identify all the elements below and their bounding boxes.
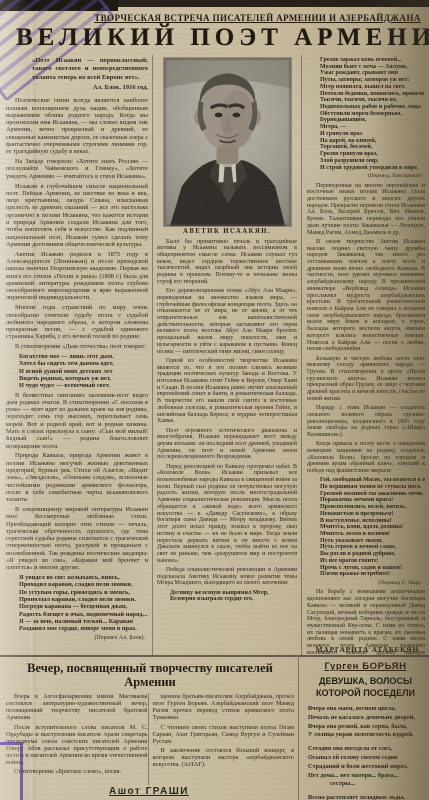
verse-line: И строй трудовой утвердили в мире. [320,165,425,172]
kicker-headline: ТВОРЧЕСКАЯ ВСТРЕЧА ПИСАТЕЛЕЙ АРМЕНИИ И А… [92,13,423,23]
verse-line: Я увидел во сне: колыхаясь, виясь, [19,574,148,581]
verse-line: Племя вражье истребите! [320,571,425,578]
verse-line: Преисполнились волей, витязь, [320,504,425,511]
verse-line: Грозно заржал конь огневой... [320,57,425,64]
verse-line: Торгашей, богачей, [320,144,425,151]
poem-article: Гурген БОРЬЯН ДЕВУШКА, ВОЛОСЫ КОТОРОЙ ПО… [298,655,429,800]
verse-line: И грянули враз [320,131,425,138]
body-paragraph: Поэт огромного эстетического диапазона и… [157,428,297,462]
poem-line: Печаль не касалась девичьих дверей, [308,714,426,723]
main-headline: ВЕЛИКИЙ ПОЭТ АРМЕНИИ [0,24,429,52]
verse-line: По вершинам твоим не ступала нога. [320,484,425,491]
poem-stanza: Вчера она маем, весною цвела,Печаль не к… [305,705,426,740]
body-paragraph: Многие годы странствий по миру очень сво… [6,304,148,340]
event-byline: Ашот ГРАШИ [0,786,298,797]
verse-line: Мчитесь, кони, вдоль долины! [320,524,425,531]
verse-line: Богатство мое — лишь этот дым. [19,353,148,360]
poem-line: Страданий и боли жестокий мороз, [308,763,426,772]
event-heading: Вечер, посвященный творчеству писателей … [16,661,284,689]
event-article: Вечер, посвященный творчеству писателей … [0,655,298,800]
verse-line: Видеть родных, которых уж нет, [19,375,148,382]
event-paragraph: С чтением своих стихов выступили поэты Г… [153,724,295,745]
body-paragraph: Наряду с этим Исаакян — создатель сильно… [307,405,425,439]
verse-block-caravan: Я увидел во сне: колыхаясь, виясь,Проход… [19,574,148,632]
event-column-right: щенное братьям-писателям Азербайджана, п… [148,693,295,785]
verse-line: Злой разрушили мир, [320,158,425,165]
verse-line: Бурнодышащим, [320,117,425,124]
poem-line: У солнца украв золотистость кудрей. [308,731,426,740]
verse-block-fire: Грозно заржал конь огневой...Молнии бьют… [320,57,425,171]
verse-line: Потекли бедняки, появились, пришли [320,91,425,98]
portrait-illustration [164,58,291,226]
column-middle: АВЕТИК ИСААКЯН. Было бы примитивно печал… [152,55,301,655]
poem-title: ДЕВУШКА, ВОЛОСЫ КОТОРОЙ ПОСЕДЕЛИ [308,676,423,700]
article-byline: МАРГАРИТА АТАБЕКЯН [316,646,419,654]
event-paragraph: Вчера в Азгосфилармонии имени Магомаева … [6,693,148,722]
verse-line: Ужас рождают, срывают они [320,70,425,77]
poem-line: Сегодня она поседела от слез, [308,745,426,754]
event-paragraph: После вступительного слова писателя М. С… [6,724,148,767]
body-paragraph: В безвестных скитаниях паломник-поэт вид… [6,392,148,450]
verse-line: Грозно грянули враз, [320,151,425,158]
verse-line: Мгер появился, вышел на свет. [320,84,425,91]
stamp-frame-corner [0,742,23,800]
verse-line: Радость блещет в очах, подвенечный наряд… [19,611,148,618]
verse-attribution: (Перевод С. Мар). [307,580,422,586]
verse-line: По уступам горы, громоздясь и змеясь, [19,589,148,596]
event-paragraph: В заключение состоялся большой концерт, … [153,747,295,768]
verse-line: Мчитесь лесом и полями! [320,531,425,538]
verse-block-masis: Гей, свободный Масис, ты вознесся в ночи… [320,477,425,578]
verse-block-smoke: Богатство мое — лишь этот дым.Хотел бы с… [19,353,148,389]
verse-line: Проходил караван, сладко пели звонки, [19,581,148,588]
body-paragraph: Поэтические гении всегда являются наибол… [6,97,148,155]
verse-line: Хотел бы сидеть тем дымом одет, [19,360,148,367]
verse-line: Из нее врагов гоните: [320,558,425,565]
poem-line: Вчера она маем, весною цвела, [308,705,426,714]
event-columns: Вчера в Азгосфилармонии имени Магомаева … [6,693,294,785]
epigraph-text: «Поэт Исаакян — первоклассный; такого св… [32,57,148,82]
bottom-sections: Вечер, посвященный творчеству писателей … [0,655,429,800]
verse-line: Десницу железную выпрямил Мгер, [170,590,297,597]
body-paragraph: В сокровищницу мировой литературы Исаакя… [6,506,148,572]
body-paragraph: Природа Кавказа, природа Армении живет в… [6,452,148,503]
verse-line: Раздавил мое сердце, поверг меня в прах. [19,625,148,632]
poem-stanza: Весна растопляет холодные льды, [305,794,426,800]
event-column-left: Вчера в Азгосфилармонии имени Магомаева … [6,693,148,785]
verse-attribution: (Перевод Лансиревой) [307,173,422,179]
verse-line: Подневольных рабов и рабочих люда [320,104,425,111]
verse-block-mher: Десницу железную выпрямил Мгер,Безмерно … [170,590,297,603]
body-paragraph: Победа социалистической революции в Арме… [157,567,297,587]
verse-line: Вы росли в родной дубраве, [320,551,425,558]
verse-line: Молнии бьют с меча — Аялуни, [320,64,425,71]
verse-line: И ясной душой моих детских лет [19,368,148,375]
photo-caption: АВЕТИК ИСААКЯН. [157,228,297,236]
poem-line: Вчера она резвой, как серна, была, [308,723,426,732]
article-columns: «Поэт Исаакян — первоклассный; такого св… [6,55,425,655]
poem-line: сестры... [308,780,426,789]
verse-line: Обступили морем безмерным, [320,111,425,118]
body-paragraph: В стихотворении «Дым отечества» поэт гов… [6,343,148,350]
verse-line: Путы, затворы; затворов уж нет: [320,77,425,84]
poem-stanza: Сегодня она поседела от слез,Осыпал ей г… [305,745,426,789]
column-left: «Поэт Исаакян — первоклассный; такого св… [6,55,152,655]
body-paragraph: Когда пришла к поэту весть о нападении н… [307,441,425,475]
poem-line: Весна растопляет холодные льды, [308,794,426,800]
poem-line: Нет дома... нет матери... брата... [308,772,426,781]
body-paragraph: Его дореволюционная поэма «Абул Ала Маар… [157,288,297,355]
column-right: Грозно заржал конь огневой...Молнии бьют… [301,55,425,655]
event-paragraph: Стихотворение «Братское слово», посвя- [6,768,148,775]
verse-line: Ненавистью и презреньем! [320,511,425,518]
verse-line: И чудо чудес — всевечный свет. [19,382,148,389]
poem-byline: Гурген БОРЬЯН [305,661,426,672]
epigraph: «Поэт Исаакян — первоклассный; такого св… [32,57,148,92]
verse-line: Безмерно взыграло сердце его, [170,596,297,603]
verse-line: Я — за нею, палимый тоской... Караван [19,618,148,625]
body-paragraph: Большую и чистую любовь несет поэт веков… [307,356,425,403]
verse-line: В наступленье, исполины! [320,518,425,525]
newspaper-clipping: ТВОРЧЕСКАЯ ВСТРЕЧА ПИСАТЕЛЕЙ АРМЕНИИ И А… [0,0,429,800]
body-paragraph: Одной из особенностей творчества Исаакян… [157,358,297,425]
body-paragraph: В своем творчестве Аветик Исаакян высоко… [307,239,425,353]
epigraph-attribution: Ал. Блок. 1916 год. [32,84,148,92]
verse-line: Грозной молнией ты закаляешь мечи. [320,491,425,498]
body-paragraph: Перед революцией по Кавказу прогремел на… [157,464,297,565]
event-paragraph: щенное братьям-писателям Азербайджана, п… [153,693,295,722]
portrait-photo [164,58,291,226]
body-paragraph: Было бы примитивно печаль и трагедийные … [157,239,297,286]
body-paragraph: Аветик Исаакян родился в 1875 году в Але… [6,251,148,302]
verse-line: Посреди каравана — бесценная джан, [19,603,148,610]
verse-attribution: (Перевел Ал. Блок). [6,635,145,642]
body-paragraph: На Западе говорили: «Хотите знать Россию… [6,158,148,180]
verse-line: Гей, свободный Масис, ты вознесся в ночи… [320,477,425,484]
body-paragraph: Переведенная на многие европейские и вос… [307,183,425,237]
poem-line: Осыпал ей голову снегом седин [308,754,426,763]
verse-line: Мгера, — [320,124,425,131]
verse-line: Проползал караван, сладко пели звонки. [19,596,148,603]
body-paragraph: Исаакян в глубочайшем смысле национальны… [6,183,148,249]
